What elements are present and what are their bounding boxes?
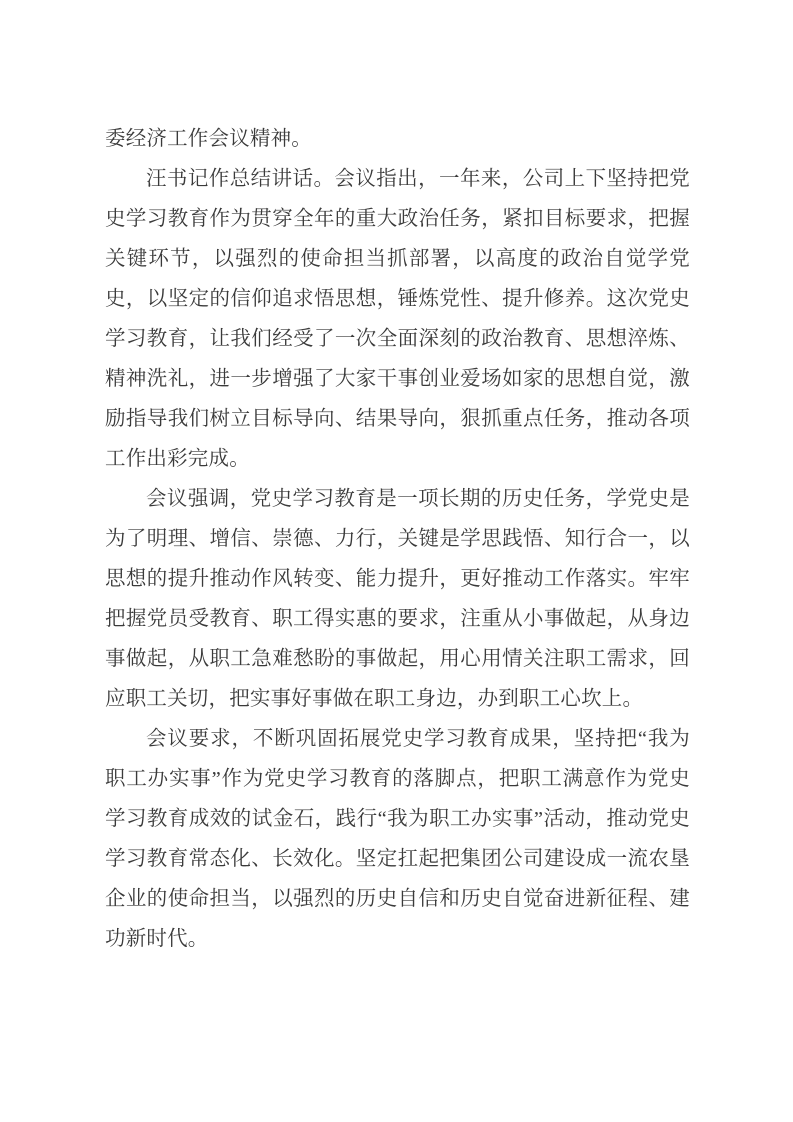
- document-body: 委经济工作会议精神。 汪书记作总结讲话。会议指出，一年来，公司上下坚持把党史学习…: [105, 119, 690, 959]
- paragraph-meeting-requirements: 会议要求，不断巩固拓展党史学习教育成果，坚持把“我为职工办实事”作为党史学习教育…: [105, 719, 690, 959]
- paragraph-meeting-emphasis: 会议强调，党史学习教育是一项长期的历史任务，学党史是为了明理、增信、崇德、力行，…: [105, 479, 690, 719]
- paragraph-continuation: 委经济工作会议精神。: [105, 119, 690, 159]
- document-page: 委经济工作会议精神。 汪书记作总结讲话。会议指出，一年来，公司上下坚持把党史学习…: [0, 0, 793, 1122]
- paragraph-secretary-speech: 汪书记作总结讲话。会议指出，一年来，公司上下坚持把党史学习教育作为贯穿全年的重大…: [105, 159, 690, 479]
